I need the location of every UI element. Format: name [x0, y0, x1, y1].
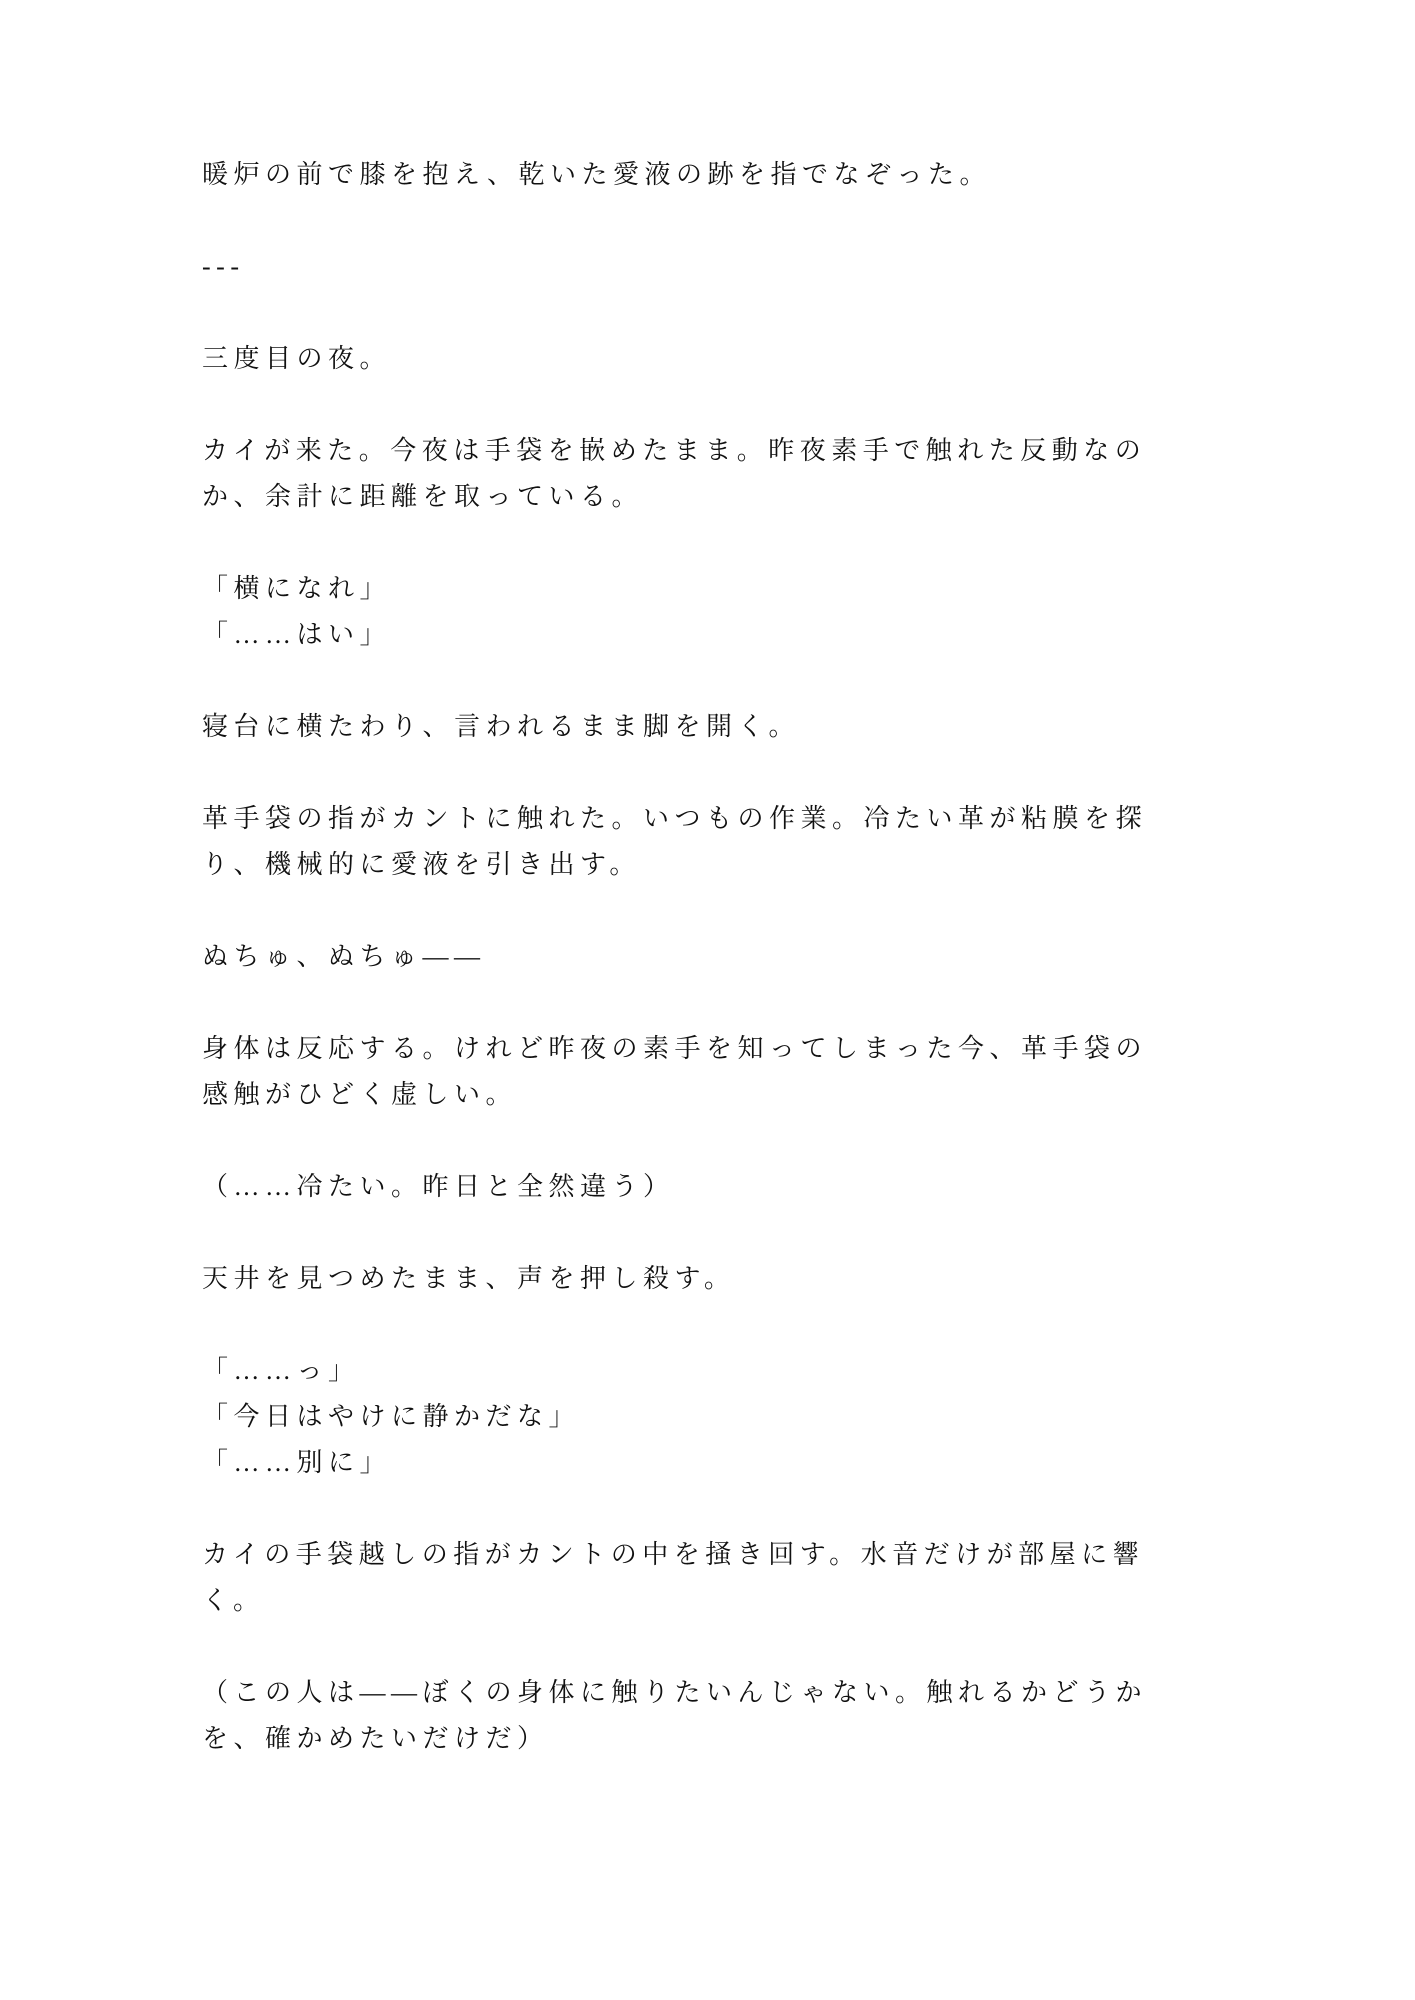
paragraph: 身体は反応する。けれど昨夜の素手を知ってしまった今、革手袋の感触がひどく虚しい。 [202, 1026, 1152, 1118]
paragraph-line: 暖炉の前で膝を抱え、乾いた愛液の跡を指でなぞった。 [202, 152, 1152, 198]
paragraph: 天井を見つめたまま、声を押し殺す。 [202, 1256, 1152, 1302]
paragraph-line: カイの手袋越しの指がカントの中を掻き回す。水音だけが部屋に響く。 [202, 1532, 1152, 1624]
paragraph-line: 寝台に横たわり、言われるまま脚を開く。 [202, 704, 1152, 750]
paragraph-line: ぬちゅ、ぬちゅ—— [202, 934, 1152, 980]
paragraph: 革手袋の指がカントに触れた。いつもの作業。冷たい革が粘膜を探り、機械的に愛液を引… [202, 796, 1152, 888]
document-page: 暖炉の前で膝を抱え、乾いた愛液の跡を指でなぞった。---三度目の夜。カイが来た。… [0, 0, 1415, 2000]
paragraph-line: 三度目の夜。 [202, 336, 1152, 382]
paragraph-line: （……冷たい。昨日と全然違う） [202, 1164, 1152, 1210]
document-body: 暖炉の前で膝を抱え、乾いた愛液の跡を指でなぞった。---三度目の夜。カイが来た。… [202, 152, 1152, 1762]
paragraph-line: 身体は反応する。けれど昨夜の素手を知ってしまった今、革手袋の感触がひどく虚しい。 [202, 1026, 1152, 1118]
paragraph: ぬちゅ、ぬちゅ—— [202, 934, 1152, 980]
paragraph: 三度目の夜。 [202, 336, 1152, 382]
paragraph-line: カイが来た。今夜は手袋を嵌めたまま。昨夜素手で触れた反動なのか、余計に距離を取っ… [202, 428, 1152, 520]
paragraph-line: 天井を見つめたまま、声を押し殺す。 [202, 1256, 1152, 1302]
paragraph: 「……っ」「今日はやけに静かだな」「……別に」 [202, 1348, 1152, 1486]
paragraph: 暖炉の前で膝を抱え、乾いた愛液の跡を指でなぞった。 [202, 152, 1152, 198]
paragraph-line: 「横になれ」 [202, 566, 1152, 612]
paragraph: --- [202, 244, 1152, 290]
paragraph-line: 革手袋の指がカントに触れた。いつもの作業。冷たい革が粘膜を探り、機械的に愛液を引… [202, 796, 1152, 888]
paragraph-line: 「……別に」 [202, 1440, 1152, 1486]
paragraph-line: 「……はい」 [202, 612, 1152, 658]
paragraph-line: 「……っ」 [202, 1348, 1152, 1394]
paragraph: 「横になれ」「……はい」 [202, 566, 1152, 658]
paragraph: （この人は——ぼくの身体に触りたいんじゃない。触れるかどうかを、確かめたいだけだ… [202, 1670, 1152, 1762]
paragraph-line: （この人は——ぼくの身体に触りたいんじゃない。触れるかどうかを、確かめたいだけだ… [202, 1670, 1152, 1762]
paragraph-line: --- [202, 244, 1152, 290]
paragraph: カイが来た。今夜は手袋を嵌めたまま。昨夜素手で触れた反動なのか、余計に距離を取っ… [202, 428, 1152, 520]
paragraph-line: 「今日はやけに静かだな」 [202, 1394, 1152, 1440]
paragraph: カイの手袋越しの指がカントの中を掻き回す。水音だけが部屋に響く。 [202, 1532, 1152, 1624]
paragraph: 寝台に横たわり、言われるまま脚を開く。 [202, 704, 1152, 750]
paragraph: （……冷たい。昨日と全然違う） [202, 1164, 1152, 1210]
